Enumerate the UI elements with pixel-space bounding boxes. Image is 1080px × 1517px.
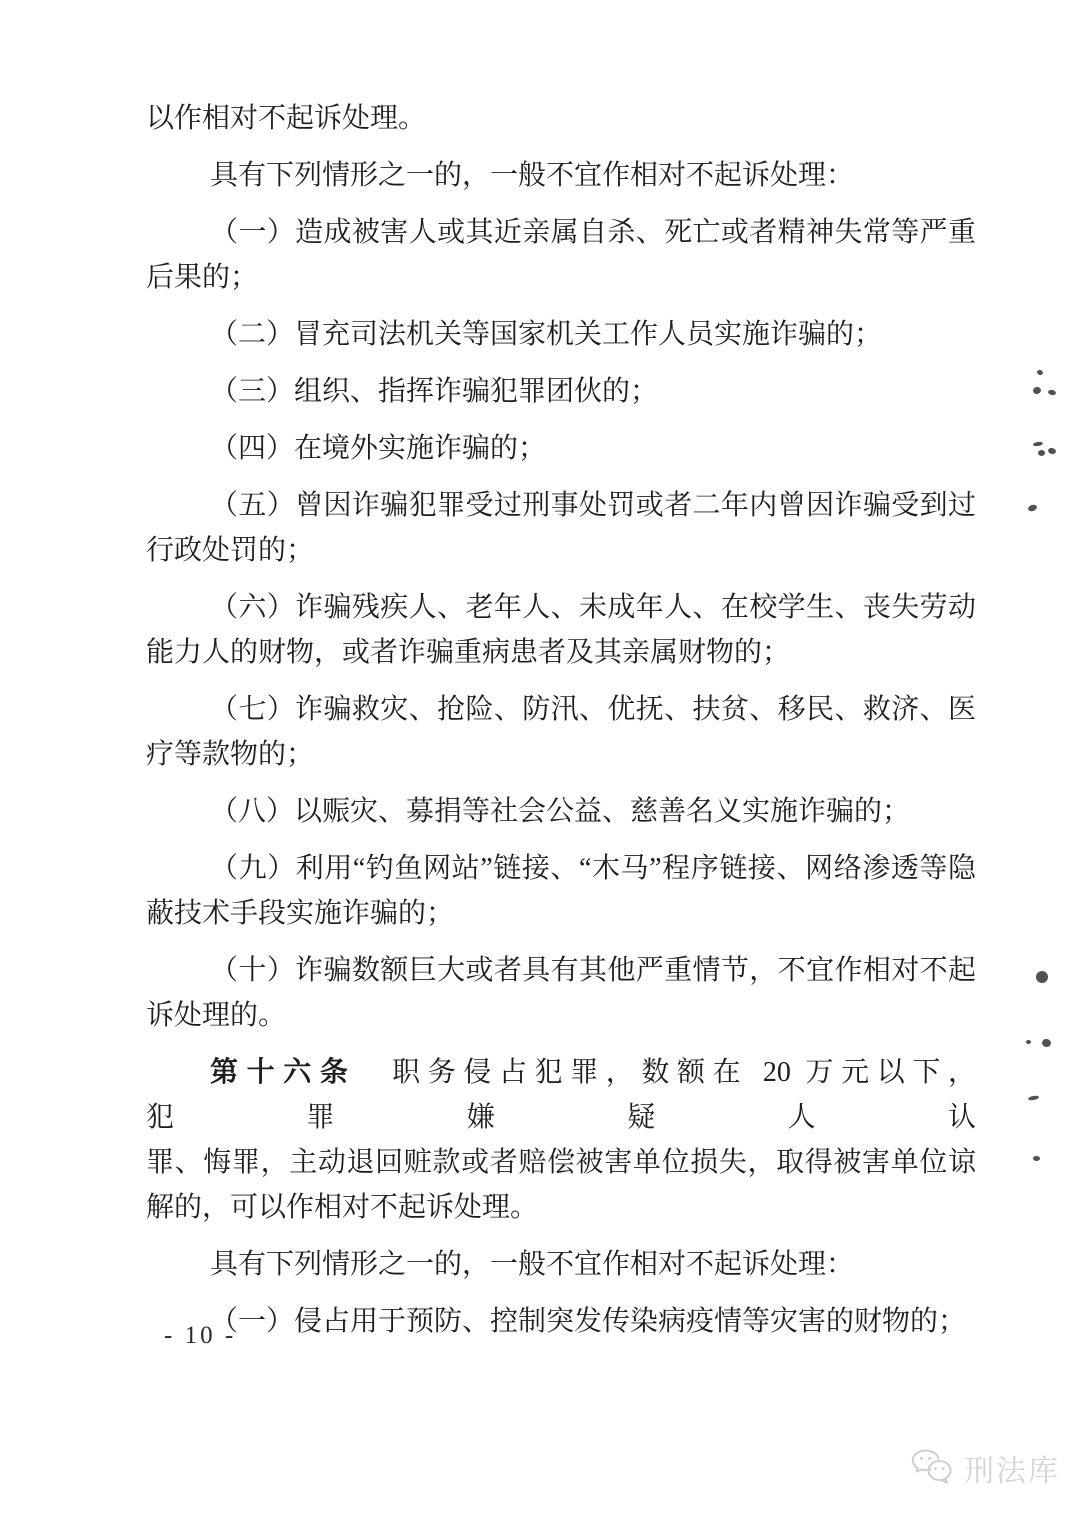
- scan-speck: [1038, 450, 1045, 456]
- text-line: （二）冒充司法机关等国家机关工作人员实施诈骗的；: [146, 312, 976, 357]
- text-segment: 后果的；: [146, 262, 258, 293]
- scan-speck: [1041, 1038, 1051, 1047]
- text-line: 具有下列情形之一的，一般不宜作相对不起诉处理：: [146, 153, 976, 198]
- text-line: 以作相对不起诉处理。: [146, 96, 976, 141]
- text-line: 行政处罚的；: [146, 528, 976, 573]
- page-number: - 10 -: [164, 1322, 236, 1350]
- text-line: （六）诈骗残疾人、老年人、未成年人、在校学生、丧失劳动: [146, 585, 976, 630]
- text-segment: 疗等款物的；: [146, 739, 314, 770]
- scan-speck: [1033, 1156, 1040, 1161]
- text-segment: （一）侵占用于预防、控制突发传染病疫情等灾害的财物的；: [210, 1306, 966, 1337]
- text-segment: （八）以赈灾、募捐等社会公益、慈善名义实施诈骗的；: [210, 796, 910, 827]
- article-number-bold: 第十六条: [210, 1057, 356, 1088]
- text-segment: 具有下列情形之一的，一般不宜作相对不起诉处理：: [210, 160, 854, 191]
- scan-speck: [1047, 447, 1056, 455]
- text-segment: 蔽技术手段实施诈骗的；: [146, 898, 454, 929]
- scan-speck: [1036, 971, 1048, 983]
- text-segment: （三）组织、指挥诈骗犯罪团伙的；: [210, 376, 658, 407]
- scan-speck: [1026, 1040, 1031, 1044]
- scan-speck: [1027, 504, 1038, 513]
- text-line: 具有下列情形之一的，一般不宜作相对不起诉处理：: [146, 1242, 976, 1287]
- text-line: （九）利用“钓鱼网站”链接、“木马”程序链接、网络渗透等隐: [146, 846, 976, 891]
- text-line: 第十六条 职务侵占犯罪，数额在 20 万元以下，犯罪嫌疑人认: [146, 1050, 976, 1140]
- text-segment: （七）诈骗救灾、抢险、防汛、优抚、扶贫、移民、救济、医: [210, 694, 976, 725]
- text-segment: （四）在境外实施诈骗的；: [210, 433, 546, 464]
- text-line: 后果的；: [146, 255, 976, 300]
- scan-speck: [1048, 389, 1057, 395]
- scan-speck: [1033, 441, 1043, 446]
- text-segment: 罪、悔罪，主动退回赃款或者赔偿被害单位损失，取得被害单位谅: [146, 1147, 976, 1178]
- document-text: 以作相对不起诉处理。具有下列情形之一的，一般不宜作相对不起诉处理：（一）造成被害…: [146, 96, 976, 1344]
- scan-speck: [1028, 1095, 1040, 1101]
- wechat-icon: [908, 1448, 956, 1488]
- text-line: （五）曾因诈骗犯罪受过刑事处罚或者二年内曾因诈骗受到过: [146, 483, 976, 528]
- text-line: 解的，可以作相对不起诉处理。: [146, 1185, 976, 1230]
- text-segment: （六）诈骗残疾人、老年人、未成年人、在校学生、丧失劳动: [210, 592, 976, 623]
- text-line: （八）以赈灾、募捐等社会公益、慈善名义实施诈骗的；: [146, 789, 976, 834]
- text-segment: 诉处理的。: [146, 1000, 286, 1031]
- text-segment: 以作相对不起诉处理。: [146, 103, 426, 134]
- text-segment: 解的，可以作相对不起诉处理。: [146, 1192, 538, 1223]
- scanned-document-page: 以作相对不起诉处理。具有下列情形之一的，一般不宜作相对不起诉处理：（一）造成被害…: [0, 0, 1080, 1517]
- text-line: 能力人的财物，或者诈骗重病患者及其亲属财物的；: [146, 630, 976, 675]
- text-line: （四）在境外实施诈骗的；: [146, 426, 976, 471]
- text-line: （十）诈骗数额巨大或者具有其他严重情节，不宜作相对不起: [146, 948, 976, 993]
- text-line: （三）组织、指挥诈骗犯罪团伙的；: [146, 369, 976, 414]
- text-line: 疗等款物的；: [146, 732, 976, 777]
- text-segment: （九）利用“钓鱼网站”链接、“木马”程序链接、网络渗透等隐: [210, 853, 976, 884]
- text-segment: （二）冒充司法机关等国家机关工作人员实施诈骗的；: [210, 319, 882, 350]
- scan-speck: [1032, 386, 1042, 395]
- text-segment: （一）造成被害人或其近亲属自杀、死亡或者精神失常等严重: [210, 217, 976, 248]
- brand-watermark: 刑法库: [908, 1446, 1060, 1490]
- text-segment: 行政处罚的；: [146, 535, 314, 566]
- scan-speck: [1036, 369, 1043, 376]
- text-segment: 能力人的财物，或者诈骗重病患者及其亲属财物的；: [146, 637, 790, 668]
- text-segment: 具有下列情形之一的，一般不宜作相对不起诉处理：: [210, 1249, 854, 1280]
- text-line: （一）侵占用于预防、控制突发传染病疫情等灾害的财物的；: [146, 1299, 976, 1344]
- text-segment: （十）诈骗数额巨大或者具有其他严重情节，不宜作相对不起: [210, 955, 976, 986]
- text-segment: （五）曾因诈骗犯罪受过刑事处罚或者二年内曾因诈骗受到过: [210, 490, 976, 521]
- text-line: 罪、悔罪，主动退回赃款或者赔偿被害单位损失，取得被害单位谅: [146, 1140, 976, 1185]
- text-line: 蔽技术手段实施诈骗的；: [146, 891, 976, 936]
- text-line: （一）造成被害人或其近亲属自杀、死亡或者精神失常等严重: [146, 210, 976, 255]
- brand-name: 刑法库: [964, 1446, 1060, 1490]
- text-line: （七）诈骗救灾、抢险、防汛、优抚、扶贫、移民、救济、医: [146, 687, 976, 732]
- text-line: 诉处理的。: [146, 993, 976, 1038]
